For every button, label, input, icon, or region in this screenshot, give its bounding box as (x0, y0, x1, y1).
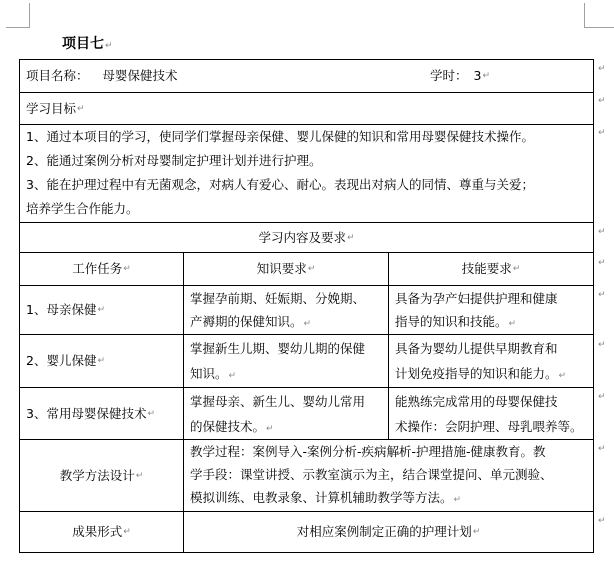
hours-value: 3 (474, 64, 482, 88)
knowledge-cell[interactable]: 掌握新生儿期、婴幼儿期的保健 知识。↵ (183, 335, 388, 387)
column-header-task[interactable]: 工作任务↵ (20, 253, 183, 285)
paragraph-mark-icon: ↵ (509, 319, 517, 329)
project-name-value: 母婴保健技术 (103, 64, 178, 88)
paragraph-mark-icon: ↵ (97, 298, 105, 322)
paragraph-mark-icon: ↵ (513, 257, 521, 281)
paragraph-mark-icon: ↵ (147, 402, 155, 426)
table-row-outcome: 成果形式↵ 对相应案例制定正确的护理计划↵ (20, 511, 593, 552)
row-end-mark-icon: ↵ (598, 290, 606, 300)
outcome-label-cell[interactable]: 成果形式↵ (20, 512, 183, 552)
page-corner-mark-top-right (584, 3, 614, 28)
skill-cell[interactable]: 具备为孕产妇提供护理和健康 指导的知识和技能。↵ (388, 286, 593, 334)
row-end-mark-icon: ↵ (598, 227, 606, 237)
paragraph-mark-icon: ↵ (473, 520, 481, 544)
table-row-project-name: 项目名称： 母婴保健技术 学时： 3↵ (20, 60, 593, 92)
knowledge-cell[interactable]: 掌握母亲、新生儿、婴幼儿常用 的保健技术。↵ (183, 388, 388, 439)
objective-item: 培养学生合作能力。 (26, 197, 587, 221)
content-heading-cell[interactable]: 学习内容及要求↵ (20, 223, 593, 252)
column-header-knowledge[interactable]: 知识要求↵ (183, 253, 388, 285)
paragraph-mark-icon: ↵ (77, 97, 85, 121)
paragraph-mark-icon: ↵ (136, 464, 144, 488)
paragraph-mark-icon: ↵ (304, 319, 312, 329)
row-end-mark-icon: ↵ (598, 340, 606, 350)
table-row-objectives-heading: 学习目标↵ (20, 92, 593, 124)
paragraph-mark-icon: ↵ (454, 495, 462, 505)
row-end-mark-icon: ↵ (598, 516, 606, 526)
paragraph-mark-icon: ↵ (347, 226, 355, 250)
page-corner-mark-top-left (6, 3, 30, 28)
task-cell[interactable]: 3、常用母婴保健技术↵ (20, 388, 183, 439)
document-title[interactable]: 项目七↵ (62, 33, 113, 53)
paragraph-mark-icon: ↵ (308, 257, 316, 281)
paragraph-mark-icon: ↵ (559, 371, 567, 381)
objectives-heading-cell[interactable]: 学习目标↵ (20, 93, 593, 124)
paragraph-mark-icon: ↵ (482, 64, 490, 88)
skill-cell[interactable]: 能熟练完成常用的母婴保健技 术操作：会阴护理、母乳喂养等。↵ (388, 388, 593, 439)
table-row-objectives: 1、通过本项目的学习，使同学们掌握母亲保健、婴儿保健的知识和常用母婴保健技术操作… (20, 124, 593, 222)
table-row: 1、母亲保健↵ 掌握孕前期、妊娠期、分娩期、 产褥期的保健知识。↵ 具备为孕产妇… (20, 285, 593, 334)
table-header-row: 工作任务↵ 知识要求↵ 技能要求↵ (20, 252, 593, 285)
objective-item: 1、通过本项目的学习，使同学们掌握母亲保健、婴儿保健的知识和常用母婴保健技术操作… (26, 125, 587, 149)
paragraph-mark-icon: ↵ (105, 41, 113, 51)
row-end-mark-icon: ↵ (598, 444, 606, 454)
hours-cell[interactable]: 学时： 3↵ (424, 60, 584, 92)
paragraph-mark-icon: ↵ (229, 371, 237, 381)
objective-item: 3、能在护理过程中有无菌观念，对病人有爱心、耐心。表现出对病人的同情、尊重与关爱… (26, 173, 587, 197)
task-cell[interactable]: 2、婴儿保健↵ (20, 335, 183, 387)
row-end-mark-icon: ↵ (598, 64, 606, 74)
table-row-content-heading: 学习内容及要求↵ (20, 222, 593, 252)
row-end-mark-icon: ↵ (598, 392, 606, 402)
column-header-skill[interactable]: 技能要求↵ (388, 253, 593, 285)
course-table: 项目名称： 母婴保健技术 学时： 3↵ 学习目标↵ 1、通过本项目的学习，使同学… (19, 59, 594, 553)
row-end-mark-icon: ↵ (598, 258, 606, 268)
objective-item: 2、能通过案例分析对母婴制定护理计划并进行护理。 (26, 149, 587, 173)
project-name-cell[interactable]: 项目名称： 母婴保健技术 (20, 60, 420, 92)
objectives-cell[interactable]: 1、通过本项目的学习，使同学们掌握母亲保健、婴儿保健的知识和常用母婴保健技术操作… (20, 125, 593, 222)
paragraph-mark-icon: ↵ (266, 424, 274, 434)
paragraph-mark-icon: ↵ (97, 349, 105, 373)
skill-cell[interactable]: 具备为婴幼儿提供早期教育和 计划免疫指导的知识和能力。↵ (388, 335, 593, 387)
task-cell[interactable]: 1、母亲保健↵ (20, 286, 183, 334)
paragraph-mark-icon: ↵ (123, 257, 131, 281)
row-end-mark-icon: ↵ (598, 96, 606, 106)
teaching-method-label-cell[interactable]: 教学方法设计↵ (20, 440, 183, 511)
table-row-teaching-method: 教学方法设计↵ 教学过程：案例导入-案例分析-疾病解析-护理措施-健康教育。教 … (20, 439, 593, 511)
table-row: 2、婴儿保健↵ 掌握新生儿期、婴幼儿期的保健 知识。↵ 具备为婴幼儿提供早期教育… (20, 334, 593, 387)
hours-label: 学时： (430, 64, 468, 88)
row-end-mark-icon: ↵ (598, 128, 606, 138)
knowledge-cell[interactable]: 掌握孕前期、妊娠期、分娩期、 产褥期的保健知识。↵ (183, 286, 388, 334)
outcome-value-cell[interactable]: 对相应案例制定正确的护理计划↵ (183, 512, 593, 552)
table-row: 3、常用母婴保健技术↵ 掌握母亲、新生儿、婴幼儿常用 的保健技术。↵ 能熟练完成… (20, 387, 593, 439)
teaching-method-cell[interactable]: 教学过程：案例导入-案例分析-疾病解析-护理措施-健康教育。教 学手段：课堂讲授… (183, 440, 593, 511)
paragraph-mark-icon: ↵ (123, 520, 131, 544)
